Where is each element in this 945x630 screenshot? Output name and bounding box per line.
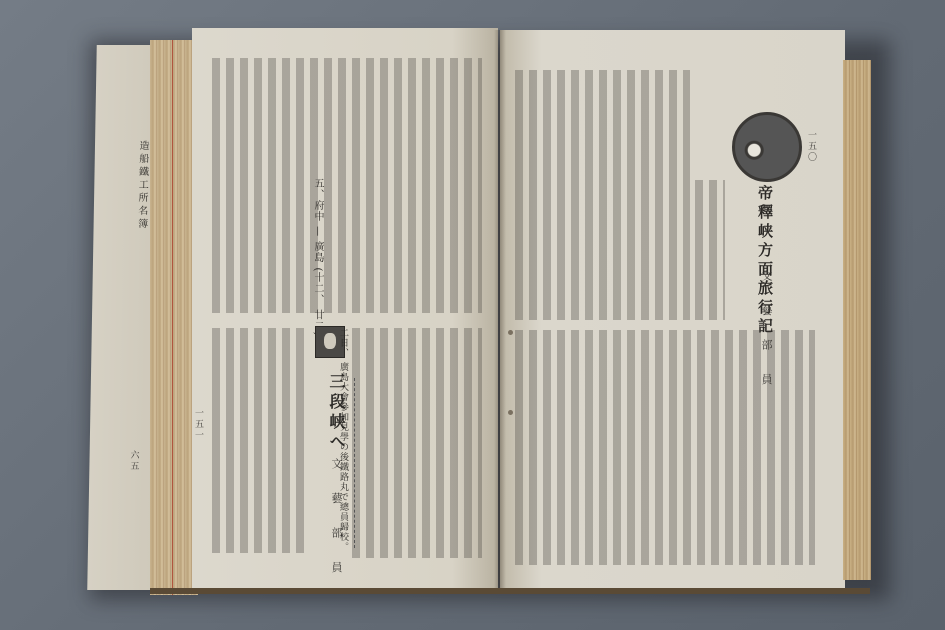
book-gutter — [494, 30, 506, 590]
binding-hole — [508, 410, 513, 415]
article-emblem — [732, 112, 802, 182]
page-number-left: 一五一 — [192, 408, 205, 441]
text-block-bottom — [515, 330, 815, 565]
section-marker: 五、府中 — 廣島 (十二、 廿二) — [310, 178, 325, 337]
bottom-edge — [150, 588, 870, 594]
caption: 二日、 廣島大會參加見學の後鐵路丸で總員歸校。 — [337, 328, 350, 552]
page-stack-left — [150, 40, 198, 595]
left-page: 五、府中 — 廣島 (十二、 廿二) 三段峡へ 文 藝 部 員 二日、 廣島大會… — [192, 28, 498, 590]
divider — [354, 378, 355, 548]
page-stack-right — [843, 60, 871, 580]
text-block-bottom-left — [212, 328, 310, 553]
text-block-bottom-right — [352, 328, 482, 558]
binding-hole — [508, 330, 513, 335]
text-block-top — [212, 58, 482, 313]
edge-red-line — [172, 40, 173, 595]
running-title: 造船鐵工所名簿 — [134, 140, 151, 231]
right-page: 帝釋峡方面旅行記 文 藝 部 員 一五〇 — [500, 30, 845, 590]
page-number-back: 六五 — [127, 450, 140, 472]
page-number-right: 一五〇 — [805, 130, 818, 163]
text-block-top-left — [515, 70, 690, 320]
open-book: 造船鐵工所名簿 六五 五、府中 — 廣島 (十二、 廿二) 三段峡へ 文 藝 部… — [0, 0, 945, 630]
text-block-top-mid — [695, 180, 725, 320]
